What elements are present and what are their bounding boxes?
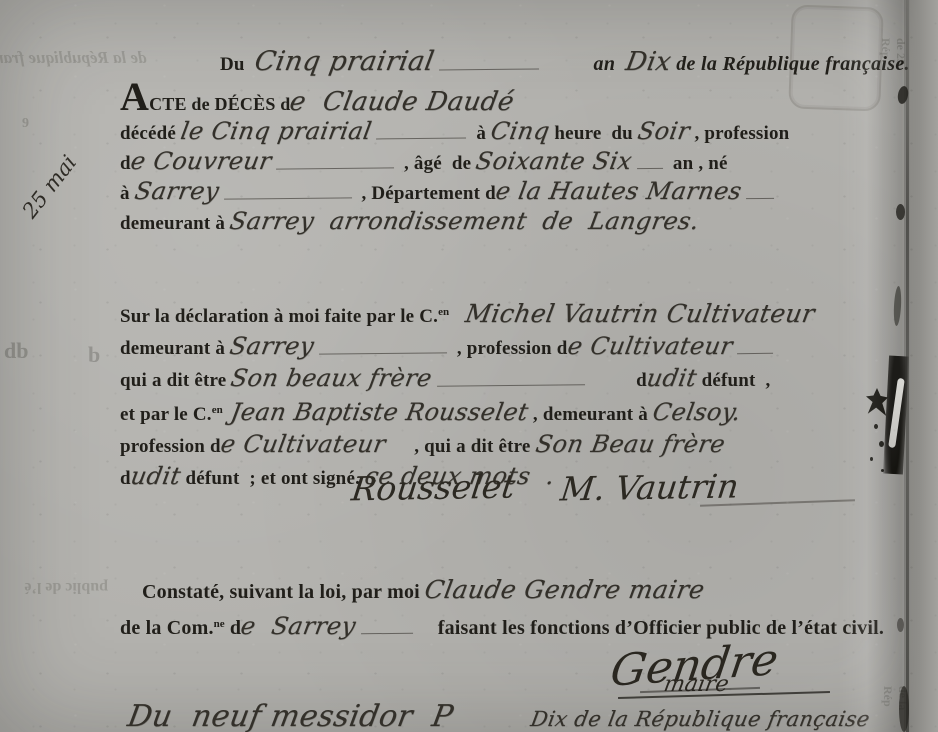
handwritten-entry: e Cultivateur [565,332,734,360]
handwritten-entry: e la Hautes Marnes [493,178,743,205]
bleedthrough-letters: b [88,342,100,368]
edge-tear-mark [896,204,905,220]
ink-blot [879,441,884,447]
death-certificate-page: de la République fran public de l’é db b… [0,0,938,732]
deceased-details-paragraph: décédé le Cinq prairial à Cinq heure du … [120,118,789,238]
handwritten-entry: Jean Baptiste Rousselet [220,398,530,426]
edge-tear-mark [893,286,902,326]
ink-rule [438,60,538,71]
printed-form-text: de la République française. [671,53,910,75]
printed-form-text: , demeurant à [528,404,653,425]
printed-form-text: CTE de DÉCÈS d [149,94,290,114]
handwritten-entry: Du neuf messidor P [125,699,456,732]
printed-form-text: , profession d [452,338,568,359]
printed-form-text: faisant les fonctions d’Officier public … [438,617,884,639]
handwritten-entry: e Sarrey [238,611,358,642]
handwritten-entry: Celsoy. [650,398,743,426]
ink-blot [866,388,888,416]
printed-form-text: défunt , [697,370,771,391]
printed-form-text: de la Com. [120,617,214,639]
handwritten-entry: Son beaux frère [229,364,435,392]
printed-form-text: A [120,74,149,119]
printed-form-text: qui a dit être [120,370,231,391]
spacer [418,633,438,634]
printed-form-text: en [212,404,223,416]
handwritten-entry: e Cultivateur [218,430,387,458]
printed-form-text: et par le C. [120,404,212,425]
printed-form-text: , Département d [357,183,496,204]
ink-rule [737,344,773,354]
ink-rule [376,129,466,140]
printed-form-text: Du [220,54,255,75]
ink-rule [437,375,585,386]
handwritten-entry: udit [644,364,699,392]
bleedthrough-corner-mark: 9 [22,116,29,132]
handwritten-entry: Sarrey [132,178,221,205]
witness-signature-vautrin: M. Vautrin [558,466,741,508]
page-edge [904,0,938,732]
ink-blot [874,424,878,429]
printed-form-text: demeurant à [120,338,230,359]
bleedthrough-vertical-text: public de l’é [0,578,108,596]
next-act-fragment: Du neuf messidor PDix de la République f… [0,699,938,732]
edge-tear-mark [899,686,909,732]
witness-signature-rousselet: Rousselet [349,467,517,509]
printed-form-text: Constaté, suivant la loi, par moi [142,581,425,603]
handwritten-entry: le Cinq prairial [179,118,374,145]
ink-rule [319,344,447,355]
ink-rule [746,189,774,199]
edge-tear-mark [897,618,904,632]
printed-form-text: décédé [120,123,181,144]
handwritten-entry: Dix [623,47,673,77]
printed-form-text: défunt ; et ont signé. [181,468,365,489]
handwritten-entry: Soixante Six [474,148,635,175]
printed-form-text: à [471,123,491,144]
handwritten-entry: udit [128,462,183,490]
handwritten-entry: Son Beau frère [533,430,727,458]
witness-signatures: Rousselet M. Vautrin [352,468,738,507]
bleedthrough-header-text: de la République fran [0,48,147,68]
ink-blot [870,457,873,461]
handwritten-entry: Cinq [489,118,552,145]
printed-form-text: profession d [120,436,221,457]
printed-form-text: , qui a dit être [409,436,535,457]
handwritten-entry: Claude Gendre maire [422,574,707,605]
ink-rule [637,159,663,169]
spacer [544,69,594,70]
printed-form-text: an , né [668,153,728,174]
handwritten-entry: e Couvreur [128,148,273,175]
mayor-signature-block: Gendre maire [612,640,777,691]
printed-form-text: an [594,53,626,75]
printed-form-text: , profession [690,123,790,144]
act-date-line: Du Cinq prairialan Dix de la République … [220,46,910,77]
spacer [590,385,636,386]
printed-form-text: demeurant à [120,213,230,234]
handwritten-entry: Cinq prairial [252,46,436,77]
margin-date-annotation: 25 mai [18,121,105,222]
spacer [0,725,128,726]
printed-form-text: heure du [549,123,637,144]
printed-form-text: ne [214,618,225,630]
ink-rule [223,189,351,200]
handwritten-entry: Soir [636,118,692,145]
printed-form-text: , âgé de [399,153,476,174]
spacer [385,451,409,452]
handwritten-entry: Sarrey [228,332,317,360]
bleedthrough-letters: db [4,338,28,364]
handwritten-entry: Dix de la République française [529,707,872,731]
handwritten-entry: Sarrey arrondissement de Langres. [228,208,702,235]
ink-rule [361,624,413,634]
ink-rule [276,159,394,170]
declaration-paragraph: Sur la déclaration à moi faite par le C.… [120,298,815,494]
printed-form-text: Sur la déclaration à moi faite par le C. [120,306,438,327]
spacer [453,725,531,726]
handwritten-entry: Michel Vautrin Cultivateur [447,300,817,328]
